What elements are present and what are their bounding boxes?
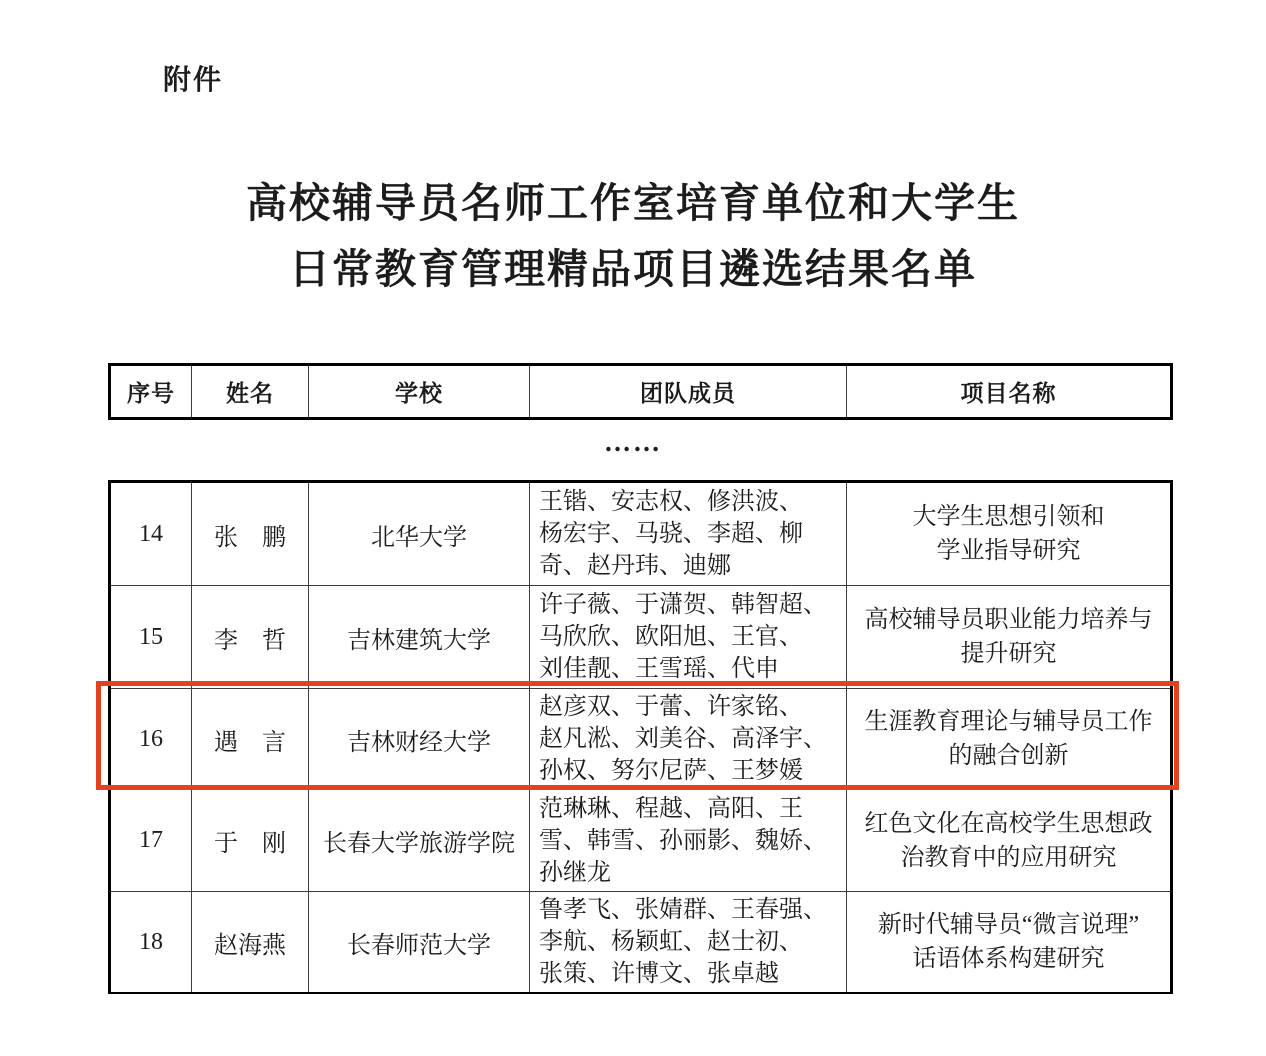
- cell-school: 吉林建筑大学: [309, 586, 530, 689]
- cell-school: 北华大学: [309, 482, 530, 586]
- cell-team: 范琳琳、程越、高阳、王 雪、韩雪、孙丽影、魏娇、 孙继龙: [530, 790, 847, 892]
- cell-project: 高校辅导员职业能力培养与 提升研究: [847, 586, 1172, 689]
- document-title: 高校辅导员名师工作室培育单位和大学生 日常教育管理精品项目遴选结果名单: [0, 170, 1266, 302]
- cell-name: 于 刚: [192, 790, 309, 892]
- cell-school: 长春师范大学: [309, 892, 530, 994]
- header-cell-name: 姓名: [192, 365, 309, 419]
- cell-no: 16: [110, 689, 192, 790]
- cell-team: 王锴、安志权、修洪波、 杨宏宇、马骁、李超、柳 奇、赵丹玮、迪娜: [530, 482, 847, 586]
- cell-name: 遇 言: [192, 689, 309, 790]
- cell-team: 许子薇、于潇贺、韩智超、 马欣欣、欧阳旭、王官、 刘佳靓、王雪瑶、代申: [530, 586, 847, 689]
- cell-name: 赵海燕: [192, 892, 309, 994]
- cell-name: 张 鹏: [192, 482, 309, 586]
- header-cell-no: 序号: [110, 365, 192, 419]
- document-title-line-2: 日常教育管理精品项目遴选结果名单: [0, 236, 1266, 302]
- cell-team: 赵彦双、于蕾、许家铭、 赵凡淞、刘美谷、高泽宇、 孙权、努尔尼萨、王梦媛: [530, 689, 847, 790]
- cell-project: 红色文化在高校学生思想政 治教育中的应用研究: [847, 790, 1172, 892]
- table-header: 序号 姓名 学校 团队成员 项目名称: [108, 363, 1173, 420]
- header-cell-school: 学校: [309, 365, 530, 419]
- document-title-line-1: 高校辅导员名师工作室培育单位和大学生: [0, 170, 1266, 236]
- table-row: 17 于 刚 长春大学旅游学院 范琳琳、程越、高阳、王 雪、韩雪、孙丽影、魏娇、…: [110, 790, 1172, 892]
- table-row-highlighted: 16 遇 言 吉林财经大学 赵彦双、于蕾、许家铭、 赵凡淞、刘美谷、高泽宇、 孙…: [110, 689, 1172, 790]
- table-row: 18 赵海燕 长春师范大学 鲁孝飞、张婧群、王春强、 李航、杨颖虹、赵士初、 张…: [110, 892, 1172, 994]
- results-table: 14 张 鹏 北华大学 王锴、安志权、修洪波、 杨宏宇、马骁、李超、柳 奇、赵丹…: [108, 480, 1173, 994]
- cell-project: 新时代辅导员“微言说理” 话语体系构建研究: [847, 892, 1172, 994]
- cell-school: 吉林财经大学: [309, 689, 530, 790]
- cell-no: 17: [110, 790, 192, 892]
- cell-project: 大学生思想引领和 学业指导研究: [847, 482, 1172, 586]
- document-page: 附件 高校辅导员名师工作室培育单位和大学生 日常教育管理精品项目遴选结果名单 序…: [0, 0, 1266, 1056]
- cell-team: 鲁孝飞、张婧群、王春强、 李航、杨颖虹、赵士初、 张策、许博文、张卓越: [530, 892, 847, 994]
- cell-name: 李 哲: [192, 586, 309, 689]
- attachment-label: 附件: [163, 58, 223, 98]
- header-row: 序号 姓名 学校 团队成员 项目名称: [110, 365, 1172, 419]
- cell-project: 生涯教育理论与辅导员工作 的融合创新: [847, 689, 1172, 790]
- ellipsis-separator: ……: [0, 427, 1266, 458]
- cell-no: 18: [110, 892, 192, 994]
- cell-no: 14: [110, 482, 192, 586]
- table-row: 15 李 哲 吉林建筑大学 许子薇、于潇贺、韩智超、 马欣欣、欧阳旭、王官、 刘…: [110, 586, 1172, 689]
- cell-no: 15: [110, 586, 192, 689]
- header-cell-team: 团队成员: [530, 365, 847, 419]
- cell-school: 长春大学旅游学院: [309, 790, 530, 892]
- header-cell-project: 项目名称: [847, 365, 1172, 419]
- table-row: 14 张 鹏 北华大学 王锴、安志权、修洪波、 杨宏宇、马骁、李超、柳 奇、赵丹…: [110, 482, 1172, 586]
